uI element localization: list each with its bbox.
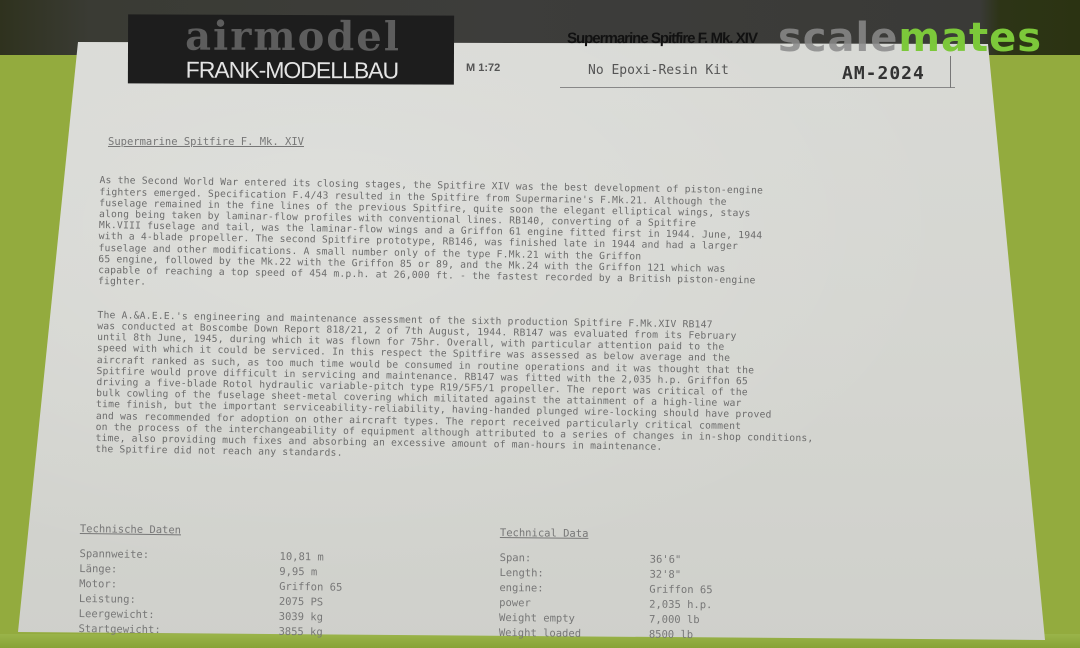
watermark-logo: scalemates [778, 14, 1042, 62]
document-heading: Supermarine Spitfire F. Mk. XIV [108, 136, 304, 148]
row-value: Griffon 65 [279, 580, 342, 596]
row-value: 2075 PS [279, 595, 323, 611]
brand-name: airmodel [138, 12, 448, 61]
row-value: 32'8" [649, 568, 681, 583]
document-body: As the Second World War entered its clos… [95, 153, 980, 480]
technical-data-english: Technical Data Span:36'6"Length:32'8"eng… [499, 526, 713, 643]
row-label: engine: [499, 581, 649, 598]
row-value: 7,000 lb [649, 613, 700, 629]
technical-data-german: Technische Daten Spannweite:10,81 mLänge… [78, 522, 343, 641]
row-value: 10,81 m [279, 550, 323, 566]
row-label: power [499, 596, 649, 613]
row-value: 36'6" [650, 553, 682, 568]
watermark-part-mates: mates [898, 15, 1042, 61]
scale-label: M 1:72 [466, 62, 500, 74]
kit-title: Supermarine Spitfire F. Mk. XIV [567, 30, 757, 47]
paragraph-assessment: The A.&A.E.E.'s engineering and maintena… [95, 310, 977, 469]
row-value: 3039 kg [279, 610, 323, 626]
table-title: Technische Daten [80, 522, 343, 541]
watermark-part-scale: scale [778, 15, 898, 61]
row-label: Startgewicht: [78, 622, 278, 640]
table-row: Weight loaded8500 lb [499, 626, 712, 643]
table-rows: Span:36'6"Length:32'8"engine:Griffon 65p… [499, 551, 713, 643]
brand-logo: airmodel FRANK-MODELLBAU [128, 14, 454, 84]
row-label: Weight empty [499, 611, 649, 628]
row-value: 8500 lb [649, 628, 693, 643]
row-value: 9,95 m [279, 565, 317, 581]
row-label: Weight loaded [499, 626, 649, 643]
paragraph-history: As the Second World War entered its clos… [98, 175, 980, 301]
row-value: 3855 kg [278, 625, 322, 641]
row-label: Span: [500, 551, 650, 568]
kit-number: AM-2024 [842, 63, 925, 84]
header-divider [560, 87, 955, 88]
table-title: Technical Data [500, 526, 713, 543]
table-rows: Spannweite:10,81 mLänge:9,95 mMotor:Grif… [78, 547, 342, 641]
row-value: Griffon 65 [649, 583, 712, 599]
brand-subtitle: FRANK-MODELLBAU [142, 56, 442, 83]
kit-subtitle: No Epoxi-Resin Kit [588, 63, 729, 78]
row-value: 2,035 h.p. [649, 598, 712, 614]
row-label: Length: [499, 566, 649, 583]
